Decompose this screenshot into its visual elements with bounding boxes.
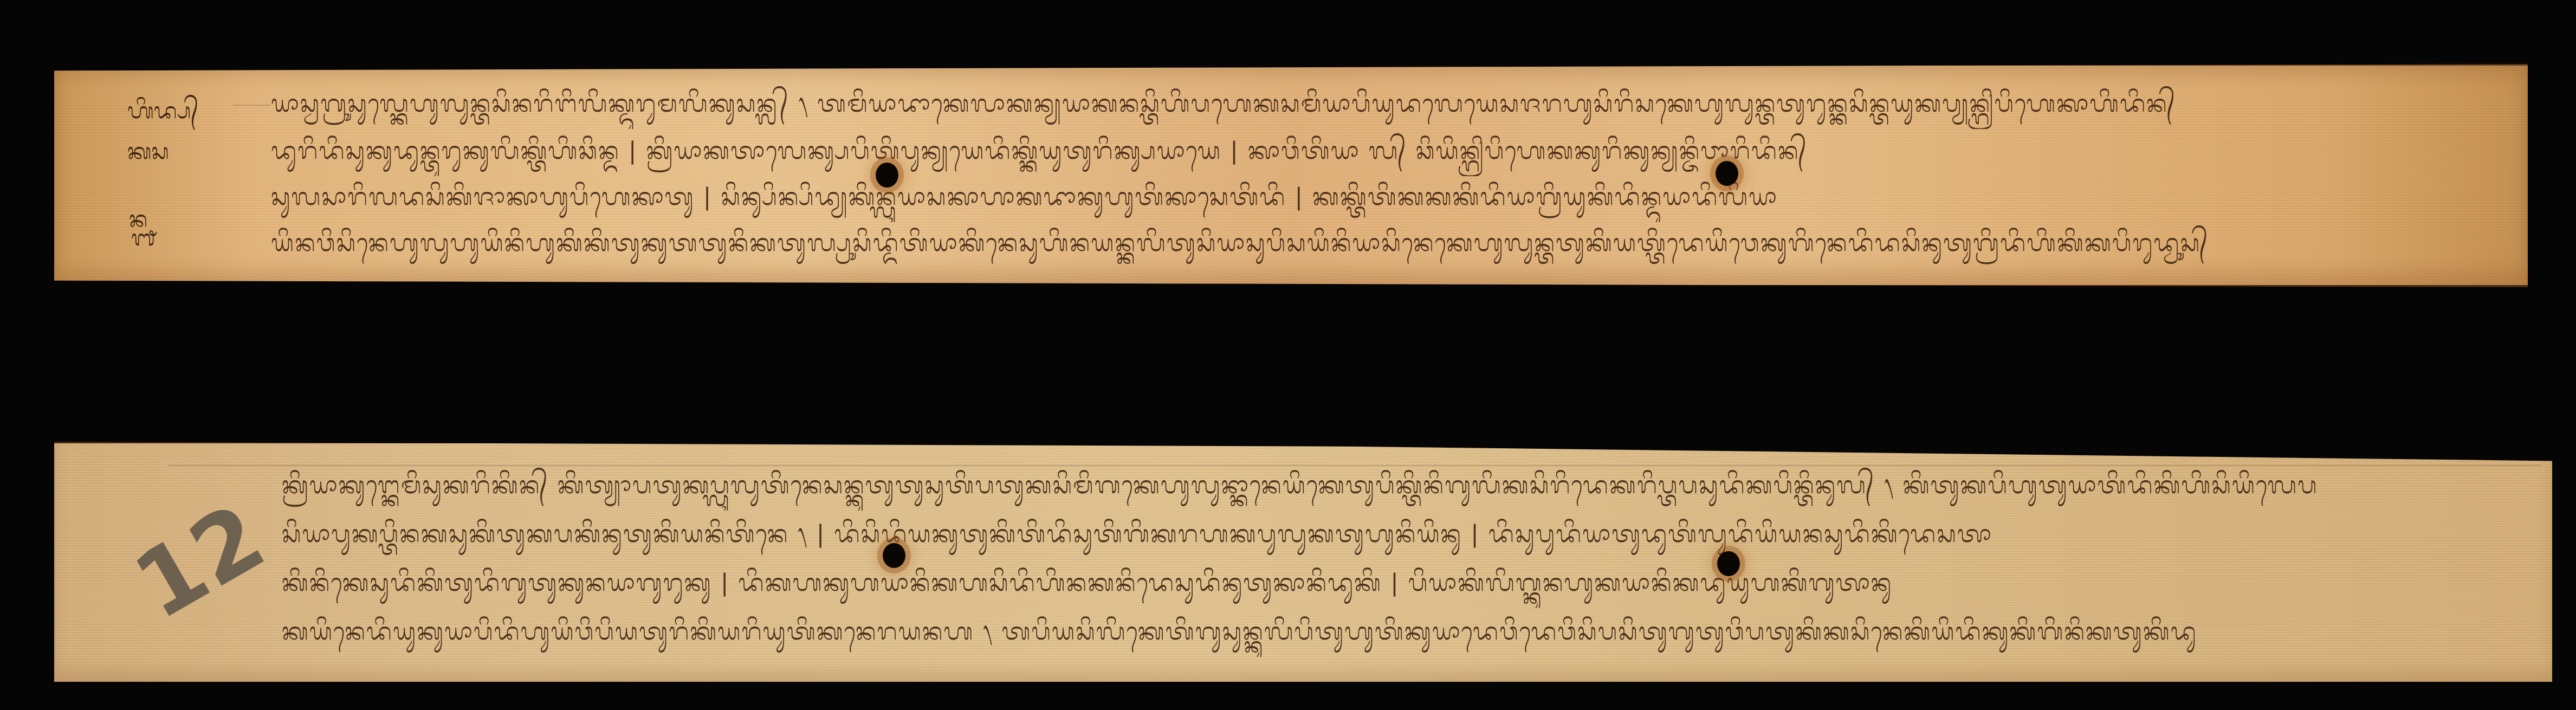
binding-hole xyxy=(1717,551,1740,576)
leaf-margin-label: ᭑ xyxy=(131,223,157,262)
ruling-line xyxy=(168,465,2541,466)
leaf-margin-label: ᬳᬶᬤ᭄ᬧ᭄ xyxy=(127,95,198,134)
manuscript-text-line: ᬬᬵᬲ᭄ᬯᬕ᭄ᬭᬸᬲᬸᬮ᭄ᬓᬾᬳᬸᬮᬸᬦ᭄ᬢᬲᬶᬦᬭᬶᬗᬶᬮᬶᬓ᭄ᬤᬸᬭᬸᬫᬮᬶ… xyxy=(271,86,2400,129)
manuscript-text-line: ᬓ᭄ᬭᬶᬬᬵᬓᬸᬗ᭄ᬓᬾᬫᬶᬲᬸᬓᬭᬶᬓᬶᬦ᭄ ᬓᬶᬢ᭄ᬬᬵᬧᬢᬸᬓᬧ᭄ᬮᬸᬮᬸ… xyxy=(282,468,2422,511)
palm-leaf-manuscript-bottom: 12 ᬓ᭄ᬭᬶᬬᬵᬓᬸᬗ᭄ᬓᬾᬫᬶᬲᬸᬓᬭᬶᬓᬶᬦ᭄ ᬓᬶᬢ᭄ᬬᬵᬧᬢᬸᬓᬧ᭄ᬮ… xyxy=(54,442,2552,682)
leaf-margin-label: ᬓᬲ xyxy=(127,136,169,175)
binding-hole xyxy=(876,163,898,188)
pencil-leaf-number: 12 xyxy=(117,483,282,641)
manuscript-text-line: ᬲᬶᬬᬵᬧᬸᬓᬧ᭄ᬢᬶᬦᬓᬲᬸᬓᬶᬢᬸᬓᬧᬓᬶᬦᬸᬢᬸᬓᬶᬬᬦᬶᬢᬶᬦᬾ ᭞ |… xyxy=(282,517,2422,559)
manuscript-text-line: ᬤᬸᬭᬶᬤᬶᬲᬸᬓᬸᬤᬸᬦ᭄ᬢᬸᬭᬸᬓᬸᬮᬶᬓ᭄ᬢᬶᬳᬶᬘᬶᬦ᭄ᬤ | ᬓ᭄ᬭᬶ… xyxy=(271,133,2400,176)
ruling-line xyxy=(233,105,271,106)
binding-hole xyxy=(1716,161,1738,186)
palm-leaf-manuscript-top: ᬳᬶᬤ᭄ᬧ᭄ ᬓᬲ ᬦ ᭑ ᬬᬵᬲ᭄ᬯᬕ᭄ᬭᬸᬲᬸᬮ᭄ᬓᬾᬳᬸᬮᬸᬦ᭄ᬢᬲᬶᬦᬭ… xyxy=(54,64,2528,287)
manuscript-text-line: ᬓᬶᬦᬶᬓᬾᬲᬸᬤᬶᬓᬶᬢᬸᬤᬶᬕᬸᬢᬸᬓᬸᬦᬬᬵᬕᬸᬭᬸᬓᬸ | ᬤᬶᬓᬳᬓᬸ… xyxy=(282,565,2422,608)
binding-hole xyxy=(883,543,905,568)
manuscript-text-line: ᬬᬶᬦᬯᬶᬲᬶᬦᬾᬳᬸᬮᬸᬳᬸᬬᬶᬦᬶᬳᬸᬓᬶᬓᬶᬢᬸᬓᬸᬢᬢᬸᬦᬶᬓᬢᬸᬮ᭄ᬧ… xyxy=(271,225,2400,268)
manuscript-text-line: ᬲᬸᬮᬲᬵᬭᬶᬮᬤᬲᬶᬓᬶᬚᬵᬓᬵᬳᬸᬧᬶᬳᬾᬓᬵᬢᬸ | ᬲᬶᬦ᭄ᬲᬶᬦ᭄ᬧᬶ… xyxy=(271,179,2400,222)
manuscript-text-line: ᬓᬬᬶᬦᬾᬤᬶᬬᬸᬓᬸᬬᬵᬧᬶᬤᬶᬳᬸᬬᬶᬯᬶᬧᬶᬬᬢᬸᬭᬶᬓᬶᬬᬭᬶᬬᬸᬢᬶᬓ… xyxy=(282,614,2422,657)
